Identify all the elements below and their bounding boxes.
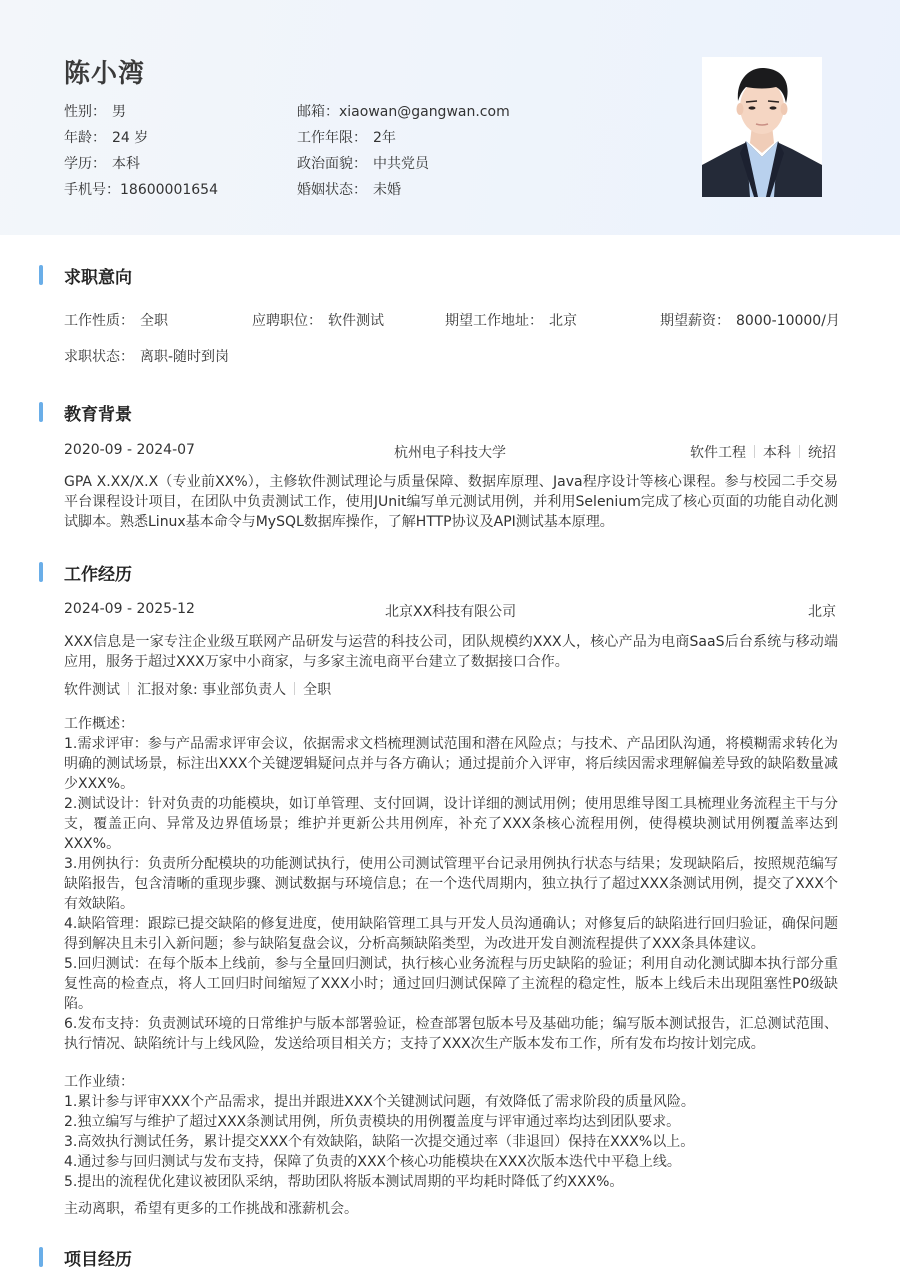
- achievement-item: 1.累计参与评审XXX个产品需求，提出并跟进XXX个关键测试问题，有效降低了需求…: [64, 1092, 838, 1112]
- intent-label: 工作性质：: [64, 313, 134, 329]
- info-work-years: 工作年限：2年: [297, 127, 396, 147]
- achievements-title: 工作业绩：: [64, 1072, 838, 1092]
- overview-item: 1.需求评审：参与产品需求评审会议，依据需求文档梳理测试范围和潜在风险点；与技术…: [64, 734, 838, 794]
- info-value: 本科: [112, 156, 140, 172]
- intent-value: 北京: [549, 313, 577, 329]
- overview-item: 5.回归测试：在每个版本上线前，参与全量回归测试，执行核心业务流程与历史缺陷的验…: [64, 954, 838, 1014]
- intent-value: 软件测试: [328, 313, 384, 329]
- info-marital: 婚姻状态：未婚: [297, 179, 401, 199]
- info-label: 年龄：: [64, 130, 106, 146]
- info-phone: 手机号：18600001654: [64, 179, 218, 199]
- intent-position: 应聘职位：软件测试: [252, 310, 384, 330]
- intent-job-type: 工作性质：全职: [64, 310, 168, 330]
- info-value: 18600001654: [120, 182, 218, 198]
- company-intro: XXX信息是一家专注企业级互联网产品研发与运营的科技公司，团队规模约XXX人，核…: [64, 632, 838, 672]
- info-label: 学历：: [64, 156, 106, 172]
- work-overview: 工作概述： 1.需求评审：参与产品需求评审会议，依据需求文档梳理测试范围和潜在风…: [64, 714, 838, 1054]
- intent-salary: 期望薪资：8000-10000/月: [660, 310, 840, 330]
- info-value: xiaowan@gangwan.com: [339, 104, 510, 120]
- divider: [754, 445, 755, 458]
- achievement-item: 3.高效执行测试任务，累计提交XXX个有效缺陷，缺陷一次提交通过率（非退回）保持…: [64, 1132, 838, 1152]
- intent-label: 期望工作地址：: [445, 313, 543, 329]
- intent-location: 期望工作地址：北京: [445, 310, 577, 330]
- info-email: 邮箱：xiaowan@gangwan.com: [297, 101, 510, 121]
- divider: [128, 682, 129, 695]
- intent-value: 全职: [140, 313, 168, 329]
- profile-photo: [702, 57, 822, 197]
- education-enrollment: 统招: [808, 445, 836, 461]
- avatar-icon: [702, 57, 822, 197]
- intent-value: 8000-10000/月: [736, 313, 840, 329]
- info-value: 男: [112, 104, 126, 120]
- info-value: 2年: [373, 130, 396, 146]
- divider: [799, 445, 800, 458]
- intent-value: 离职-随时到岗: [140, 349, 229, 365]
- intent-label: 期望薪资：: [660, 313, 730, 329]
- intent-status: 求职状态：离职-随时到岗: [64, 346, 229, 366]
- overview-title: 工作概述：: [64, 714, 838, 734]
- candidate-name: 陈小湾: [64, 53, 145, 90]
- overview-item: 6.发布支持：负责测试环境的日常维护与版本部署验证，检查部署包版本号及基础功能；…: [64, 1014, 838, 1054]
- education-degree: 本科: [763, 445, 791, 461]
- section-marker: [39, 265, 43, 285]
- info-education: 学历：本科: [64, 153, 140, 173]
- info-value: 未婚: [373, 182, 401, 198]
- info-gender: 性别：男: [64, 101, 126, 121]
- section-marker: [39, 1247, 43, 1267]
- intent-label: 求职状态：: [64, 349, 134, 365]
- achievement-item: 5.提出的流程优化建议被团队采纳，帮助团队将版本测试周期的平均耗时降低了约XXX…: [64, 1172, 838, 1192]
- section-title-intent: 求职意向: [64, 263, 132, 288]
- education-school: 杭州电子科技大学: [394, 442, 506, 462]
- info-value: 中共党员: [373, 156, 429, 172]
- profile-header: 陈小湾 性别：男 年龄：24 岁 学历：本科 手机号：18600001654 邮…: [0, 0, 900, 235]
- info-political: 政治面貌：中共党员: [297, 153, 429, 173]
- overview-item: 2.测试设计：针对负责的功能模块，如订单管理、支付回调，设计详细的测试用例；使用…: [64, 794, 838, 854]
- section-title-work: 工作经历: [64, 560, 132, 585]
- achievement-item: 2.独立编写与维护了超过XXX条测试用例，所负责模块的用例覆盖度与评审通过率均达…: [64, 1112, 838, 1132]
- info-age: 年龄：24 岁: [64, 127, 148, 147]
- work-type: 全职: [303, 682, 331, 698]
- work-company: 北京XX科技有限公司: [385, 601, 516, 621]
- overview-item: 3.用例执行：负责所分配模块的功能测试执行，使用公司测试管理平台记录用例执行状态…: [64, 854, 838, 914]
- work-city: 北京: [808, 601, 836, 621]
- info-label: 政治面貌：: [297, 156, 367, 172]
- info-label: 婚姻状态：: [297, 182, 367, 198]
- info-label: 手机号：: [64, 182, 120, 198]
- education-major: 软件工程: [690, 445, 746, 461]
- work-achievements: 工作业绩： 1.累计参与评审XXX个产品需求，提出并跟进XXX个关键测试问题，有…: [64, 1072, 838, 1192]
- work-report-to: 汇报对象: 事业部负责人: [137, 682, 286, 698]
- info-label: 邮箱：: [297, 104, 339, 120]
- info-label: 性别：: [64, 104, 106, 120]
- leave-reason: 主动离职，希望有更多的工作挑战和涨薪机会。: [64, 1199, 838, 1219]
- work-tags: 软件测试汇报对象: 事业部负责人全职: [64, 679, 331, 699]
- education-description: GPA X.XX/X.X（专业前XX%），主修软件测试理论与质量保障、数据库原理…: [64, 472, 838, 532]
- work-role: 软件测试: [64, 682, 120, 698]
- education-tags: 软件工程本科统招: [690, 442, 836, 462]
- info-value: 24 岁: [112, 130, 148, 146]
- section-marker: [39, 562, 43, 582]
- section-title-projects: 项目经历: [64, 1245, 132, 1270]
- info-label: 工作年限：: [297, 130, 367, 146]
- education-period: 2020-09 - 2024-07: [64, 442, 195, 458]
- intent-label: 应聘职位：: [252, 313, 322, 329]
- divider: [294, 682, 295, 695]
- section-marker: [39, 402, 43, 422]
- achievement-item: 4.通过参与回归测试与发布支持，保障了负责的XXX个核心功能模块在XXX次版本迭…: [64, 1152, 838, 1172]
- work-period: 2024-09 - 2025-12: [64, 601, 195, 617]
- overview-item: 4.缺陷管理：跟踪已提交缺陷的修复进度，使用缺陷管理工具与开发人员沟通确认；对修…: [64, 914, 838, 954]
- section-title-education: 教育背景: [64, 400, 132, 425]
